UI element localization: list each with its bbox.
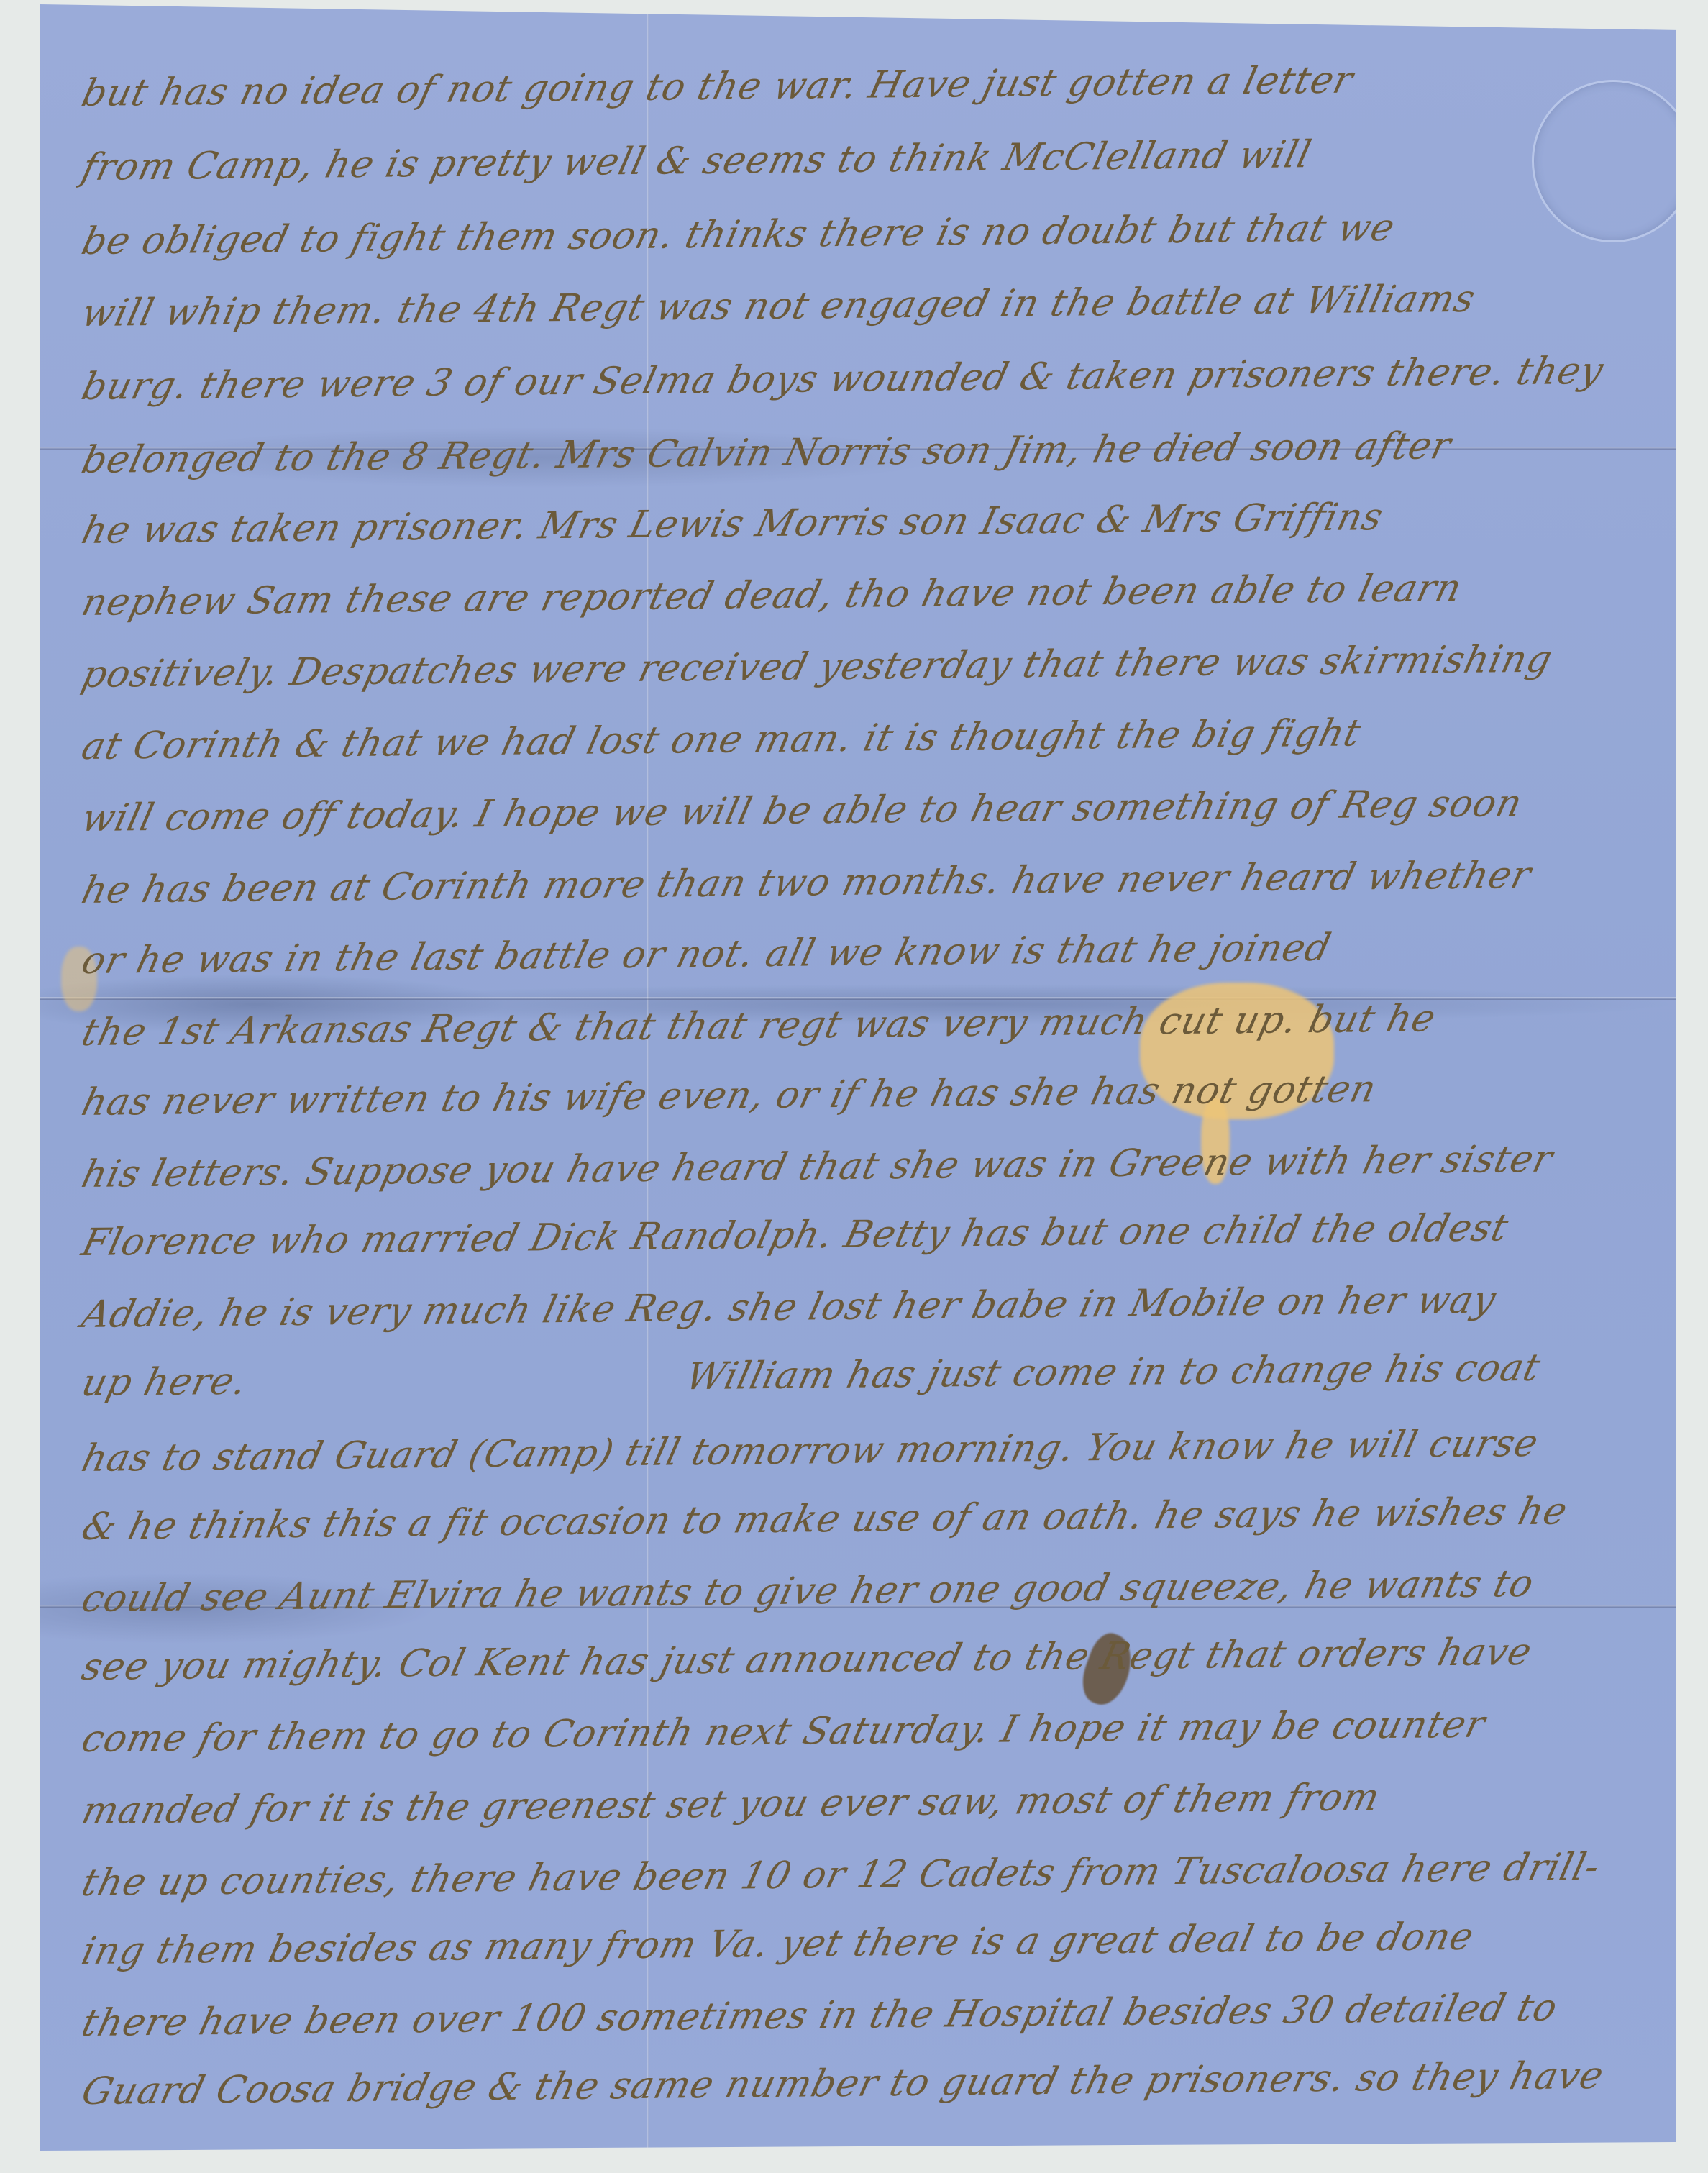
letter-line: will whip them. the 4th Regt was not eng…: [77, 274, 1663, 337]
letter-line: see you mighty. Col Kent has just announ…: [77, 1628, 1663, 1690]
letter-line: or he was in the last battle or not. all…: [77, 921, 1663, 984]
letter-line: & he thinks this a fit occasion to make …: [77, 1488, 1663, 1550]
letter-line: he was taken prisoner. Mrs Lewis Morris …: [77, 491, 1663, 554]
letter-line: belonged to the 8 Regt. Mrs Calvin Norri…: [77, 421, 1663, 483]
letter-line: Addie, he is very much like Reg. she los…: [77, 1275, 1663, 1338]
letter-line-continuation: William has just come in to change his c…: [77, 1337, 1708, 1406]
letter-page: but has no idea of not going to the war.…: [40, 4, 1676, 2155]
letter-line: Guard Coosa bridge & the same number to …: [77, 2052, 1663, 2115]
letter-line: ing them besides as many from Va. yet th…: [77, 1912, 1663, 1974]
letter-line: has never written to his wife even, or i…: [77, 1063, 1663, 1126]
letter-line: nephew Sam these are reported dead, tho …: [77, 563, 1663, 626]
letter-line: burg. there were 3 of our Selma boys wou…: [77, 347, 1663, 410]
letter-line: Florence who married Dick Randolph. Bett…: [77, 1203, 1663, 1266]
letter-line: be obliged to fight them soon. thinks th…: [77, 202, 1663, 265]
letter-line: positively. Despatches were received yes…: [77, 635, 1663, 698]
letter-line: but has no idea of not going to the war.…: [77, 54, 1663, 117]
letter-line: will come off today. I hope we will be a…: [77, 779, 1663, 842]
letter-line: manded for it is the greenest set you ev…: [77, 1772, 1663, 1834]
letter-line: has to stand Guard (Camp) till tomorrow …: [77, 1419, 1663, 1482]
letter-line: from Camp, he is pretty well & seems to …: [77, 128, 1663, 191]
letter-line: could see Aunt Elvira he wants to give h…: [77, 1559, 1663, 1622]
letter-line: the 1st Arkansas Regt & that that regt w…: [77, 993, 1663, 1056]
letter-line: his letters. Suppose you have heard that…: [77, 1135, 1663, 1198]
letter-line: he has been at Corinth more than two mon…: [77, 851, 1663, 914]
letter-line: there have been over 100 sometimes in th…: [77, 1984, 1663, 2046]
letter-line: come for them to go to Corinth next Satu…: [77, 1700, 1663, 1762]
letter-line: the up counties, there have been 10 or 1…: [77, 1844, 1663, 1906]
letter-line: at Corinth & that we had lost one man. i…: [77, 707, 1663, 770]
